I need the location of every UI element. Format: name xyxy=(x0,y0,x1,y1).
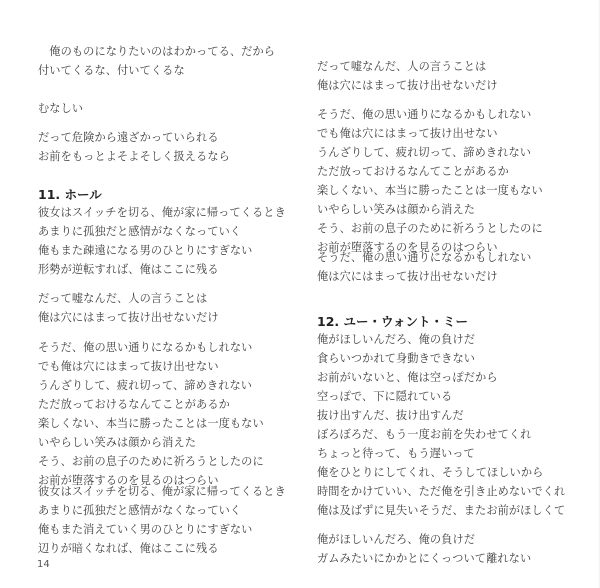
lyric-line: ただ放っておけるなんてことがあるか xyxy=(317,162,509,181)
lyric-line: そうだ、俺の思い通りになるかもしれない xyxy=(317,105,531,124)
lyric-line: そう、お前の息子のために祈ろうとしたのに xyxy=(317,219,543,238)
lyric-line: 俺がほしいんだろ、俺の負けだ xyxy=(317,330,475,349)
lyric-line: お前をもっとよそよそしく扱えるなら xyxy=(38,147,230,166)
lyric-line: でも俺は穴にはまって抜け出せない xyxy=(317,124,498,143)
lyric-line: あまりに孤独だと感情がなくなっていく xyxy=(38,501,241,520)
lyric-line: 俺は穴にはまって抜け出せないだけ xyxy=(317,76,498,95)
song-title-11: 11. ホール xyxy=(38,185,102,204)
lyric-line: そうだ、俺の思い通りになるかもしれない xyxy=(317,248,531,267)
page-number: 14 xyxy=(37,559,50,570)
lyric-line: 俺は穴にはまって抜け出せないだけ xyxy=(38,308,219,327)
lyric-line: そう、お前の息子のために祈ろうとしたのに xyxy=(38,452,264,471)
lyric-line: でも俺は穴にはまって抜け出せない xyxy=(38,357,219,376)
lyric-line: 彼女はスイッチを切る、俺が家に帰ってくるとき xyxy=(38,203,286,222)
lyric-line: 時間をかけていい、ただ俺を引き止めないでくれ xyxy=(317,482,565,501)
lyric-line: 俺もまた疎遠になる男のひとりにすぎない xyxy=(38,241,252,260)
lyric-line: ちょっと待って、もう遅いって xyxy=(317,444,475,463)
lyric-line: いやらしい笑みは顔から消えた xyxy=(38,433,196,452)
lyric-line: 形勢が逆転すれば、俺はここに残る xyxy=(38,260,219,279)
lyric-line: 俺は及ばずに見失いそうだ、またお前がほしくて xyxy=(317,501,565,520)
lyric-line: ガムみたいにかかとにくっついて離れない xyxy=(317,549,531,568)
lyrics-booklet-page: 俺のものになりたいのはわかってる、だから 付いてくるな、付いてくるな むなしい … xyxy=(0,0,600,588)
lyric-line: ぼろぼろだ、もう一度お前を失わせてくれ xyxy=(317,425,531,444)
lyric-line: 抜け出すんだ、抜け出すんだ xyxy=(317,406,464,425)
lyric-line: 俺もまた消えていく男のひとりにすぎない xyxy=(38,520,252,539)
lyric-line: 付いてくるな、付いてくるな xyxy=(38,61,185,80)
lyric-line: 俺は穴にはまって抜け出せないだけ xyxy=(317,267,498,286)
lyric-line: ただ放っておけるなんてことがあるか xyxy=(38,395,230,414)
lyric-line: うんざりして、疲れ切って、諦めきれない xyxy=(38,376,252,395)
lyric-line: 空っぽで、下に隠れている xyxy=(317,387,452,406)
lyric-line: うんざりして、疲れ切って、諦めきれない xyxy=(317,143,531,162)
lyric-line: だって嘘なんだ、人の言うことは xyxy=(317,57,486,76)
song-title-12: 12. ユー・ウォント・ミー xyxy=(317,312,468,331)
lyric-line: あまりに孤独だと感情がなくなっていく xyxy=(38,222,241,241)
lyric-line: 楽しくない、本当に勝ったことは一度もない xyxy=(317,181,543,200)
lyric-line: むなしい xyxy=(38,99,83,118)
lyric-line: 俺がほしいんだろ、俺の負けだ xyxy=(317,530,475,549)
lyric-line: 楽しくない、本当に勝ったことは一度もない xyxy=(38,414,264,433)
lyric-line: 彼女はスイッチを切る、俺が家に帰ってくるとき xyxy=(38,482,286,501)
lyric-line: そうだ、俺の思い通りになるかもしれない xyxy=(38,338,252,357)
lyric-line: お前がいないと、俺は空っぽだから xyxy=(317,368,498,387)
lyric-line: 食らいつかれて身動きできない xyxy=(317,349,475,368)
lyric-line: 俺のものになりたいのはわかってる、だから xyxy=(38,42,275,61)
lyric-line: 辺りが暗くなれば、俺はここに残る xyxy=(38,539,219,558)
lyric-line: いやらしい笑みは顔から消えた xyxy=(317,200,475,219)
lyric-line: だって嘘なんだ、人の言うことは xyxy=(38,289,207,308)
lyric-line: 俺をひとりにしてくれ、そうしてほしいから xyxy=(317,463,543,482)
lyric-line: だって危険から遠ざかっていられる xyxy=(38,128,219,147)
